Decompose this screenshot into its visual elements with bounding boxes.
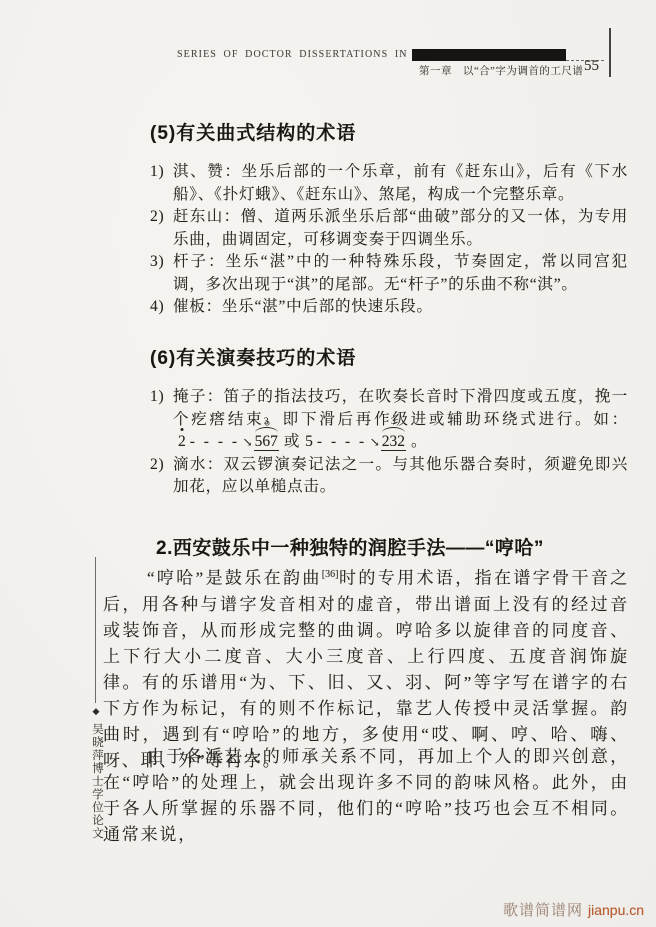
page-number: 55: [584, 58, 599, 75]
footnote-reference: [36]: [322, 569, 339, 580]
list-item-text: 赶东山：僧、道两乐派坐乐后部“曲破”部分的又一体，为专用乐曲，曲调固定，可移调变…: [173, 206, 628, 251]
watermark-site-url: jianpu.cn: [588, 902, 644, 918]
header-vertical-rule: [609, 28, 611, 77]
list-item-text: 掩子：笛子的指法技巧，在吹奏长音时下滑四度或五度，挽一个疙瘩结束。即下滑后再作级…: [173, 386, 628, 454]
technique-terms-list: 1) 掩子：笛子的指法技巧，在吹奏长音时下滑四度或五度，挽一个疙瘩结束。即下滑后…: [150, 386, 628, 499]
notation-start-note: 5: [305, 433, 313, 450]
list-item-number: 1): [150, 386, 173, 454]
list-item: 2) 赶东山：僧、道两乐派坐乐后部“曲破”部分的又一体，为专用乐曲，曲调固定，可…: [150, 206, 628, 251]
paragraph-text: 时的专用术语，指在谱字骨干音之后，用各种与谱字发音相对的虚音，带出谱面上没有的经…: [103, 569, 629, 770]
list-item-body: 掩子：笛子的指法技巧，在吹奏长音时下滑四度或五度，挽一个疙瘩结束。即下滑后再作级…: [173, 388, 628, 428]
notation-note-group: 3232: [381, 433, 406, 451]
list-item-number: 2): [150, 454, 173, 499]
slide-down-icon: ↘: [370, 435, 380, 449]
notation-dashes: - - - -: [317, 433, 367, 450]
list-item-text: 滴水：双云锣演奏记法之一。与其他乐器合奏时，须避免即兴加花，应以单槌点击。: [173, 454, 628, 499]
paragraph-text: “哼哈”是鼓乐在韵曲: [147, 569, 322, 588]
tuplet-number: 3: [391, 417, 396, 427]
tuplet-number: 3: [264, 417, 269, 427]
music-notation-example-1: 2- - - -↘3567: [178, 433, 279, 450]
list-item-number: 1): [150, 161, 173, 206]
site-watermark: 歌谱简谱网jianpu.cn: [503, 899, 644, 920]
list-item-number: 2): [150, 206, 173, 251]
list-item: 4) 催板：坐乐“湛”中后部的快速乐段。: [150, 296, 628, 319]
list-item-number: 4): [150, 296, 173, 319]
notation-dashes: - - - -: [190, 433, 240, 450]
list-item: 2) 滴水：双云锣演奏记法之一。与其他乐器合奏时，须避免即兴加花，应以单槌点击。: [150, 454, 628, 499]
list-item-text: 杆子：坐乐“湛”中的一种特殊乐段，节奏固定，常以同宫犯调，多次出现于“淇”的尾部…: [173, 251, 628, 296]
section-heading-hengha: 2.西安鼓乐中一种独特的润腔手法——“哼哈”: [156, 533, 544, 560]
sidebar-vertical-rule: [95, 557, 96, 703]
paragraph: “哼哈”是鼓乐在韵曲[36]时的专用术语，指在谱字骨干音之后，用各种与谱字发音相…: [103, 562, 629, 774]
sentence-period: 。: [411, 433, 427, 450]
notation-note-group: 3567: [254, 433, 279, 451]
series-title: SERIES OF DOCTOR DISSERTATIONS IN MUSIC: [177, 49, 451, 60]
watermark-site-name: 歌谱简谱网: [503, 903, 583, 919]
header-black-bar: [412, 49, 566, 61]
list-item-text: 淇、赞：坐乐后部的一个乐章，前有《赶东山》，后有《下水船》、《扑灯蛾》、《赶东山…: [173, 161, 628, 206]
sidebar-caption-text: 吴晓萍博士学位论文: [89, 723, 105, 840]
notation-digits: 232: [382, 433, 405, 450]
notation-digits: 567: [255, 433, 278, 450]
scanned-book-page: SERIES OF DOCTOR DISSERTATIONS IN MUSIC …: [0, 0, 656, 927]
diamond-icon: ◆: [92, 707, 102, 717]
list-item-text: 催板：坐乐“湛”中后部的快速乐段。: [173, 296, 628, 319]
slide-down-icon: ↘: [243, 435, 253, 449]
list-item-number: 3): [150, 251, 173, 296]
notation-start-note: 2: [178, 433, 186, 450]
structure-terms-list: 1) 淇、赞：坐乐后部的一个乐章，前有《赶东山》，后有《下水船》、《扑灯蛾》、《…: [150, 161, 628, 319]
list-item: 3) 杆子：坐乐“湛”中的一种特殊乐段，节奏固定，常以同宫犯调，多次出现于“淇”…: [150, 251, 628, 296]
list-item: 1) 淇、赞：坐乐后部的一个乐章，前有《赶东山》，后有《下水船》、《扑灯蛾》、《…: [150, 161, 628, 206]
sidebar-caption: ◆吴晓萍博士学位论文: [88, 707, 106, 840]
music-notation-example-2: 5- - - -↘3232: [305, 433, 406, 450]
or-word: 或: [284, 433, 300, 450]
section-heading-structure-terms: (5)有关曲式结构的术语: [150, 118, 356, 145]
section-heading-technique-terms: (6)有关演奏技巧的术语: [150, 343, 356, 370]
list-item: 1) 掩子：笛子的指法技巧，在吹奏长音时下滑四度或五度，挽一个疙瘩结束。即下滑后…: [150, 386, 628, 454]
paragraph: 由于各派艺人的师承关系不同，再加上个人的即兴创意，在“哼哈”的处理上，就会出现许…: [103, 744, 629, 848]
chapter-running-head: 第一章 以“合”字为调首的工尺谱: [419, 63, 583, 78]
